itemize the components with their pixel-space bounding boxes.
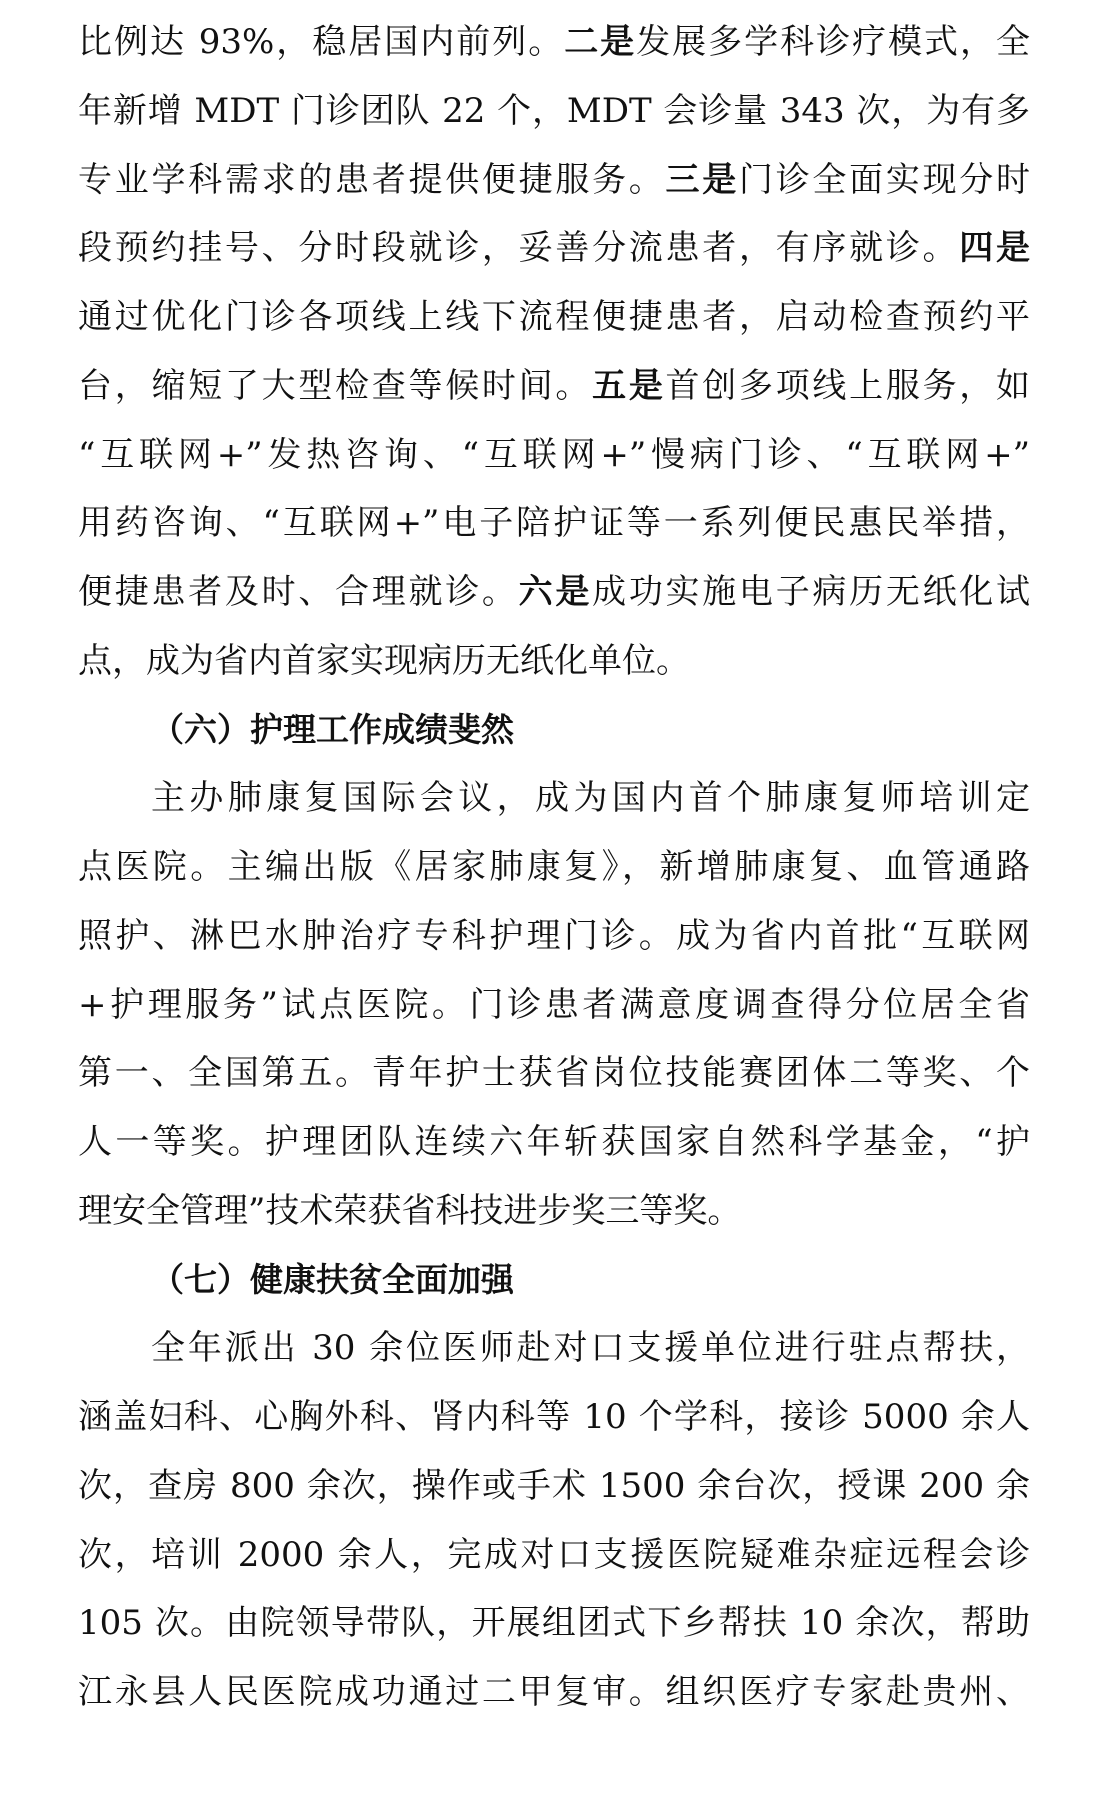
section-heading: （七）健康扶贫全面加强 (78, 1246, 1030, 1315)
text-line: 次，查房 800 余次，操作或手术 1500 余台次，授课 200 余 (78, 1452, 1030, 1521)
text-run: 点医院。主编出版《居家肺康复》，新增肺康复、血管通路 (78, 847, 1030, 887)
text-run: 台，缩短了大型检查等候时间。 (78, 366, 592, 406)
text-line: 理安全管理”技术荣获省科技进步奖三等奖。 (78, 1177, 1030, 1246)
text-line: 比例达 93%，稳居国内前列。二是发展多学科诊疗模式，全 (78, 8, 1030, 77)
text-run: 通过优化门诊各项线上线下流程便捷患者，启动检查预约平 (78, 297, 1030, 337)
text-run: 年新增 MDT 门诊团队 22 个，MDT 会诊量 343 次，为有多 (78, 91, 1030, 131)
text-line: 全年派出 30 余位医师赴对口支援单位进行驻点帮扶， (78, 1314, 1030, 1383)
text-line: 人一等奖。护理团队连续六年斩获国家自然科学基金，“护 (78, 1108, 1030, 1177)
text-line: 主办肺康复国际会议，成为国内首个肺康复师培训定 (78, 764, 1030, 833)
text-run: 便捷患者及时、合理就诊。 (78, 572, 519, 612)
text-line: 年新增 MDT 门诊团队 22 个，MDT 会诊量 343 次，为有多 (78, 77, 1030, 146)
text-run: 点，成为省内首家实现病历无纸化单位。 (78, 641, 690, 681)
text-run: 比例达 93%，稳居国内前列。 (78, 22, 564, 62)
text-line: 江永县人民医院成功通过二甲复审。组织医疗专家赴贵州、 (78, 1658, 1030, 1727)
text-run: 段预约挂号、分时段就诊，妥善分流患者，有序就诊。 (78, 228, 959, 268)
text-line: 涵盖妇科、心胸外科、肾内科等 10 个学科，接诊 5000 余人 (78, 1383, 1030, 1452)
text-run: 涵盖妇科、心胸外科、肾内科等 10 个学科，接诊 5000 余人 (78, 1397, 1030, 1437)
text-run: 105 次。由院领导带队，开展组团式下乡帮扶 10 余次，帮助 (78, 1603, 1030, 1643)
text-line: 段预约挂号、分时段就诊，妥善分流患者，有序就诊。四是 (78, 214, 1030, 283)
text-run: “互联网+”发热咨询、“互联网+”慢病门诊、“互联网+” (78, 435, 1030, 475)
text-run: 主办肺康复国际会议，成为国内首个肺康复师培训定 (151, 778, 1030, 818)
bold-lead-phrase: 三是 (666, 160, 739, 200)
text-line: 便捷患者及时、合理就诊。六是成功实施电子病历无纸化试 (78, 558, 1030, 627)
text-run: 理安全管理”技术荣获省科技进步奖三等奖。 (78, 1191, 741, 1231)
text-line: 照护、淋巴水肿治疗专科护理门诊。成为省内首批“互联网 (78, 902, 1030, 971)
text-line: 通过优化门诊各项线上线下流程便捷患者，启动检查预约平 (78, 283, 1030, 352)
text-line: 第一、全国第五。青年护士获省岗位技能赛团体二等奖、个 (78, 1039, 1030, 1108)
text-run: +护理服务”试点医院。门诊患者满意度调查得分位居全省 (78, 985, 1030, 1025)
text-run: 江永县人民医院成功通过二甲复审。组织医疗专家赴贵州、 (78, 1672, 1030, 1712)
text-run: 次，培训 2000 余人，完成对口支援医院疑难杂症远程会诊 (78, 1535, 1030, 1575)
text-line: 105 次。由院领导带队，开展组团式下乡帮扶 10 余次，帮助 (78, 1589, 1030, 1658)
text-line: 台，缩短了大型检查等候时间。五是首创多项线上服务，如 (78, 352, 1030, 421)
text-line: 点，成为省内首家实现病历无纸化单位。 (78, 627, 1030, 696)
text-line: 点医院。主编出版《居家肺康复》，新增肺康复、血管通路 (78, 833, 1030, 902)
text-run: 照护、淋巴水肿治疗专科护理门诊。成为省内首批“互联网 (78, 916, 1030, 956)
text-line: “互联网+”发热咨询、“互联网+”慢病门诊、“互联网+” (78, 421, 1030, 490)
text-run: 第一、全国第五。青年护士获省岗位技能赛团体二等奖、个 (78, 1053, 1030, 1093)
text-run: 全年派出 30 余位医师赴对口支援单位进行驻点帮扶， (151, 1328, 1030, 1368)
text-run: 次，查房 800 余次，操作或手术 1500 余台次，授课 200 余 (78, 1466, 1030, 1506)
text-line: 次，培训 2000 余人，完成对口支援医院疑难杂症远程会诊 (78, 1521, 1030, 1590)
section-heading: （六）护理工作成绩斐然 (78, 696, 1030, 765)
text-run: 人一等奖。护理团队连续六年斩获国家自然科学基金，“护 (78, 1122, 1030, 1162)
bold-lead-phrase: 六是 (519, 572, 592, 612)
text-line: +护理服务”试点医院。门诊患者满意度调查得分位居全省 (78, 971, 1030, 1040)
text-run: 成功实施电子病历无纸化试 (592, 572, 1030, 612)
bold-lead-phrase: 二是 (564, 22, 636, 62)
bold-lead-phrase: 四是 (959, 228, 1030, 268)
text-run: 首创多项线上服务，如 (666, 366, 1030, 406)
text-run: 门诊全面实现分时 (739, 160, 1030, 200)
text-run: 用药咨询、“互联网+”电子陪护证等一系列便民惠民举措， (78, 503, 1030, 543)
text-line: 用药咨询、“互联网+”电子陪护证等一系列便民惠民举措， (78, 489, 1030, 558)
bold-lead-phrase: 五是 (592, 366, 665, 406)
text-line: 专业学科需求的患者提供便捷服务。三是门诊全面实现分时 (78, 146, 1030, 215)
document-page: 比例达 93%，稳居国内前列。二是发展多学科诊疗模式，全年新增 MDT 门诊团队… (78, 8, 1030, 1727)
text-run: 发展多学科诊疗模式，全 (636, 22, 1030, 62)
text-run: 专业学科需求的患者提供便捷服务。 (78, 160, 666, 200)
